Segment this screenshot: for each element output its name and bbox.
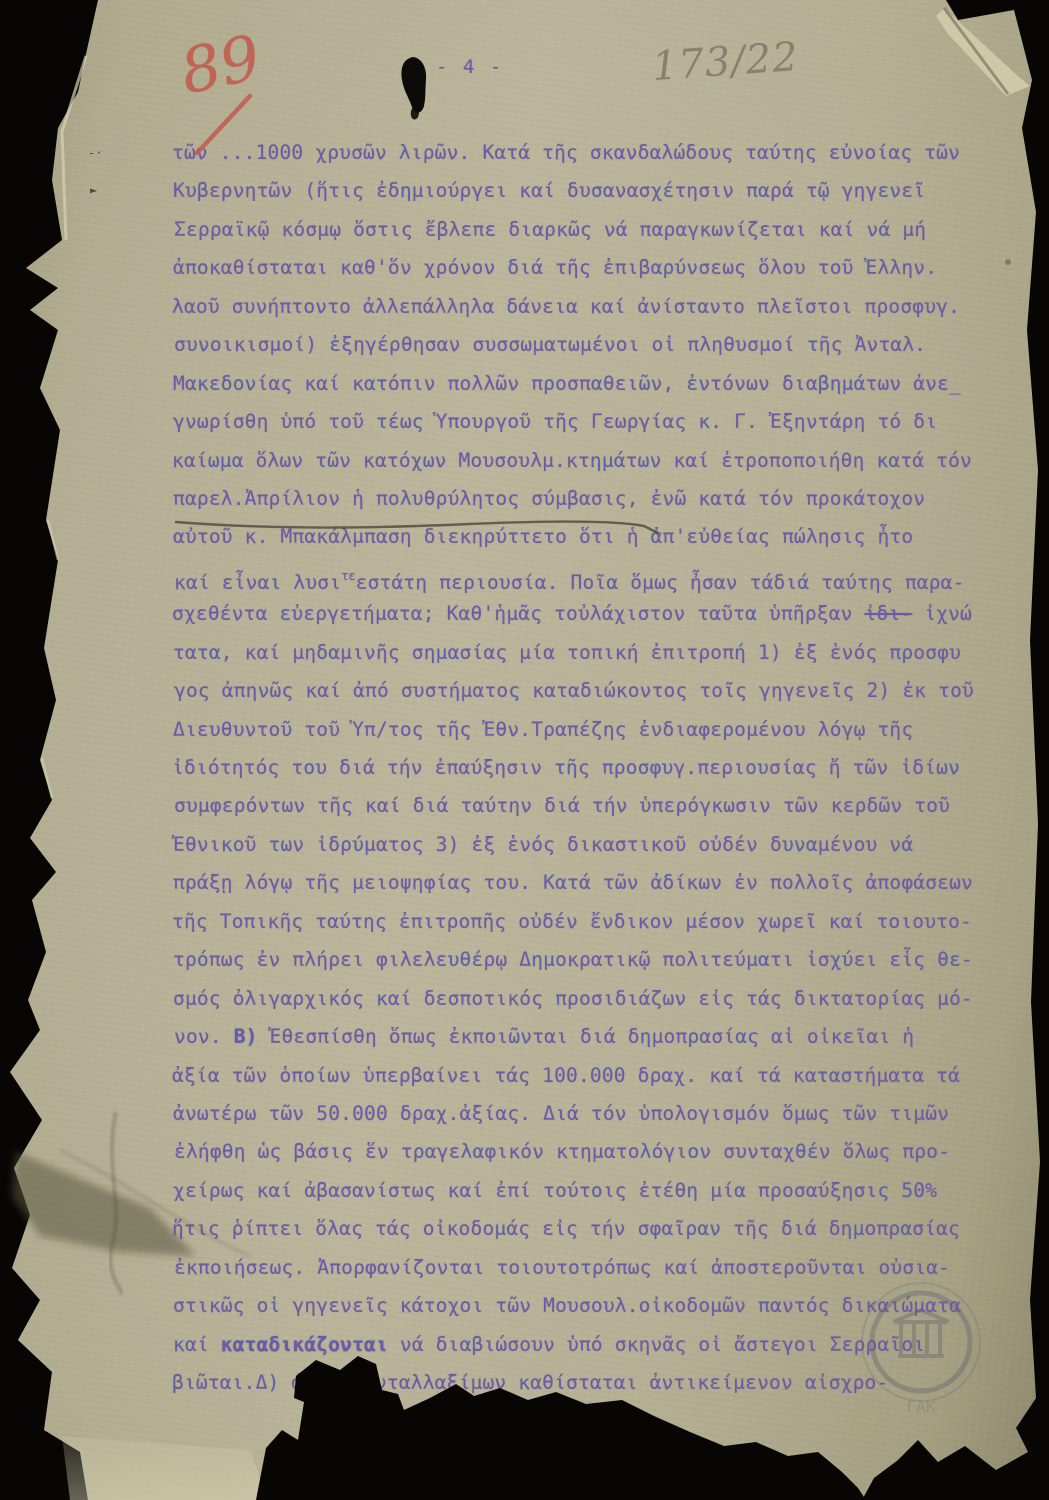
text-segment: Μακεδονίας καί κατόπιν πολλῶν προσπαθειῶ…: [173, 372, 961, 395]
text-segment: χείρως καί ἀβασανίστως καί ἐπί τούτοις ἐ…: [173, 1179, 937, 1202]
text-line: συνοικισμοί) ἐξηγέρθησαν συσσωματωμένοι …: [174, 326, 984, 364]
text-segment: Κυβερνητῶν (ἥτις ἐδημιούργει καί δυσανασ…: [173, 179, 925, 202]
typed-page-number: - 4 -: [436, 56, 503, 78]
text-segment: Ἐθεσπίσθη ὅπως ἐκποιῶνται διά δημοπρασία…: [258, 1025, 915, 1048]
text-line: σχεθέντα εὐεργετήματα; Καθ'ἡμᾶς τοὐλάχισ…: [172, 595, 982, 633]
text-segment: Β): [234, 1025, 258, 1048]
text-line: Κυβερνητῶν (ἥτις ἐδημιούργει καί δυσανασ…: [173, 172, 983, 210]
text-line: καί εἶναι λυσιτεεστάτη περιουσία. Ποῖα ὅ…: [174, 557, 984, 595]
scanned-document-page: τῶν ...1000 χρυσῶν λιρῶν. Κατά τῆς σκανδ…: [0, 0, 1049, 1500]
text-line: ἥτις ῥίπτει ὅλας τάς οἰκοδομάς εἰς τήν σ…: [172, 1210, 982, 1248]
text-line: τῆς Τοπικῆς ταύτης ἐπιτροπῆς οὐδέν ἔνδικ…: [172, 903, 982, 941]
text-segment: πράξῃ λόγῳ τῆς μειοψηφίας του. Κατά τῶν …: [173, 871, 973, 894]
text-line: παρελ.Ἀπρίλιον ἡ πολυθρύλητος σύμβασις, …: [173, 480, 983, 518]
text-segment: στικῶς οἱ γηγενεῖς κάτοχοι τῶν Μουσουλ.ο…: [173, 1294, 961, 1317]
text-segment: καί: [173, 1333, 221, 1356]
text-segment: τε: [341, 569, 355, 583]
text-segment: ἥτις ῥίπτει ὅλας τάς οἰκοδομάς εἰς τήν σ…: [172, 1217, 960, 1240]
text-line: στικῶς οἱ γηγενεῖς κάτοχοι τῶν Μουσουλ.ο…: [173, 1287, 983, 1325]
text-line: ἀποκαθίσταται καθ'ὅν χρόνον διά τῆς ἐπιβ…: [173, 249, 983, 287]
text-line: αὐτοῦ κ. Μπακάλμπαση διεκηρύττετο ὅτι ἡ …: [173, 518, 983, 556]
text-segment: τατα, καί μηδαμινῆς σημασίας μία τοπική …: [173, 641, 961, 664]
text-segment: συνοικισμοί) ἐξηγέρθησαν συσσωματωμένοι …: [174, 333, 926, 356]
text-line: ἰδιότητός του διά τήν ἐπαύξησιν τῆς προσ…: [172, 749, 982, 787]
text-segment: ά τῶν ἀνταλλαξίμων καθίσταται ἀντικείμεν…: [291, 1371, 888, 1394]
text-segment: εστάτη περιουσία. Ποῖα ὅμως ἦσαν τάδιά τ…: [356, 571, 965, 594]
text-line: ἐλήφθη ὡς βάσις ἕν τραγελαφικόν κτηματολ…: [174, 1133, 984, 1171]
archive-reference-number: 173/22: [651, 37, 800, 87]
text-segment: γος ἀπηνῶς καί ἀπό συστήματος καταδιώκον…: [174, 679, 974, 702]
text-segment: ἀνωτέρω τῶν 50.000 δραχ.ἀξίας. Διά τόν ὑ…: [173, 1102, 949, 1125]
text-segment: σμός ὀλιγαρχικός καί δεσποτικός προσιδιά…: [173, 987, 973, 1010]
text-segment: αὐτοῦ κ. Μπακάλμπαση διεκηρύττετο ὅτι ἡ …: [173, 525, 913, 548]
text-line: γνωρίσθη ὑπό τοῦ τέως Ὑπουργοῦ τῆς Γεωργ…: [173, 403, 983, 441]
text-segment: ἀποκαθίσταται καθ'ὅν χρόνον διά τῆς ἐπιβ…: [173, 256, 937, 279]
text-segment: Σερραϊκῷ κόσμῳ ὅστις ἔβλεπε διαρκῶς νά π…: [174, 218, 926, 241]
text-segment: τῆς Τοπικῆς ταύτης ἐπιτροπῆς οὐδέν ἔνδικ…: [172, 910, 972, 933]
text-segment: ἰδιότητός του διά τήν ἐπαύξησιν τῆς προσ…: [172, 756, 960, 779]
text-segment: σχεθέντα εὐεργετήματα; Καθ'ἡμᾶς τοὐλάχισ…: [172, 602, 865, 625]
text-segment: ἰχνώ: [912, 602, 972, 625]
text-segment: παρελ.Ἀπρίλιον ἡ πολυθρύλητος σύμβασις, …: [173, 487, 925, 510]
text-line: Ἐθνικοῦ των ἱδρύματος 3) ἐξ ἑνός δικαστι…: [173, 826, 983, 864]
text-line: ἐκποιήσεως. Ἀπορφανίζονται τοιουτοτρόπως…: [174, 1249, 984, 1287]
text-segment: τῶν ...1000 χρυσῶν λιρῶν. Κατά τῆς σκανδ…: [172, 141, 960, 164]
text-line: σμός ὀλιγαρχικός καί δεσποτικός προσιδιά…: [173, 980, 983, 1018]
text-segment: συμφερόντων τῆς καί διά ταύτην διά τήν ὑ…: [174, 794, 950, 817]
text-line: λαοῦ συνήπτοντο ἀλλεπάλληλα δάνεια καί ἀ…: [172, 288, 982, 326]
text-segment: ἀξία τῶν ὁποίων ὑπερβαίνει τάς 100.000 δ…: [172, 1064, 960, 1087]
text-line: ἀξία τῶν ὁποίων ὑπερβαίνει τάς 100.000 δ…: [172, 1057, 982, 1095]
handwritten-page-number: 89: [175, 26, 265, 103]
text-line: γος ἀπηνῶς καί ἀπό συστήματος καταδιώκον…: [174, 672, 984, 710]
text-line: βιῶται.Δ) ά τῶν ἀνταλλαξίμων καθίσταται …: [172, 1364, 982, 1402]
text-segment: νον.: [174, 1025, 234, 1048]
text-line: ἀνωτέρω τῶν 50.000 δραχ.ἀξίας. Διά τόν ὑ…: [173, 1095, 983, 1133]
text-line: Διευθυντοῦ τοῦ Ὑπ/τος τῆς Ἐθν.Τραπέζης ἐ…: [173, 711, 983, 749]
text-segment: ἰδι-: [865, 602, 913, 625]
text-line: τῶν ...1000 χρυσῶν λιρῶν. Κατά τῆς σκανδ…: [172, 134, 982, 172]
text-line: καί καταδικάζονται νά διαβιώσουν ὑπό σκη…: [173, 1326, 983, 1364]
text-line: συμφερόντων τῆς καί διά ταύτην διά τήν ὑ…: [174, 787, 984, 825]
text-segment: καίωμα ὅλων τῶν κατόχων Μουσουλμ.κτημάτω…: [172, 449, 972, 472]
text-line: Μακεδονίας καί κατόπιν πολλῶν προσπαθειῶ…: [173, 365, 983, 403]
text-segment: Διευθυντοῦ τοῦ Ὑπ/τος τῆς Ἐθν.Τραπέζης ἐ…: [173, 718, 913, 741]
text-segment: γνωρίσθη ὑπό τοῦ τέως Ὑπουργοῦ τῆς Γεωργ…: [173, 410, 937, 433]
text-segment: λαοῦ συνήπτοντο ἀλλεπάλληλα δάνεια καί ἀ…: [172, 295, 960, 318]
text-line: Σερραϊκῷ κόσμῳ ὅστις ἔβλεπε διαρκῶς νά π…: [174, 211, 984, 249]
text-segment: ἐλήφθη ὡς βάσις ἕν τραγελαφικόν κτηματολ…: [174, 1140, 950, 1163]
text-segment: βιῶται.Δ): [172, 1371, 291, 1394]
text-block: τῶν ...1000 χρυσῶν λιρῶν. Κατά τῆς σκανδ…: [173, 134, 983, 1402]
text-segment: ἐκποιήσεως. Ἀπορφανίζονται τοιουτοτρόπως…: [174, 1256, 950, 1279]
text-segment: καί εἶναι λυσι: [174, 571, 341, 594]
text-line: τρόπως ἐν πλήρει φιλελευθέρῳ Δημοκρατικῷ…: [173, 941, 983, 979]
text-line: πράξῃ λόγῳ τῆς μειοψηφίας του. Κατά τῶν …: [173, 864, 983, 902]
text-segment: Ἐθνικοῦ των ἱδρύματος 3) ἐξ ἑνός δικαστι…: [173, 833, 913, 856]
margin-mark: ►: [90, 184, 97, 196]
text-line: χείρως καί ἀβασανίστως καί ἐπί τούτοις ἐ…: [173, 1172, 983, 1210]
text-segment: νά διαβιώσουν ὑπό σκηνᾶς οἱ ἄστεγοι Σερρ…: [388, 1333, 925, 1356]
text-line: καίωμα ὅλων τῶν κατόχων Μουσουλμ.κτημάτω…: [172, 442, 982, 480]
text-line: νον. Β) Ἐθεσπίσθη ὅπως ἐκποιῶνται διά δη…: [174, 1018, 984, 1056]
margin-mark: -·: [88, 147, 102, 159]
text-line: τατα, καί μηδαμινῆς σημασίας μία τοπική …: [173, 634, 983, 672]
text-segment: τρόπως ἐν πλήρει φιλελευθέρῳ Δημοκρατικῷ…: [173, 948, 973, 971]
text-segment: καταδικάζονται: [221, 1333, 388, 1356]
